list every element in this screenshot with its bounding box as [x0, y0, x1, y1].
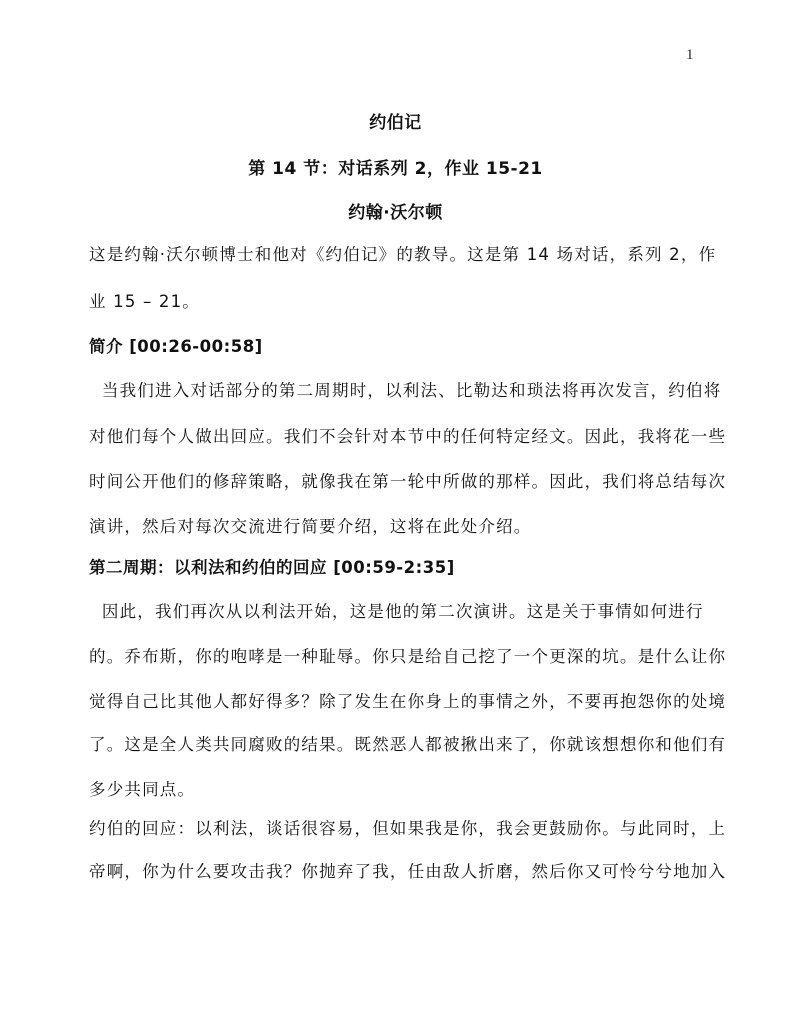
text-line: 演讲，然后对每次交流进行简要介绍，这将在此处介绍。 — [89, 513, 532, 537]
document-subtitle: 第 14 节：对话系列 2，作业 15-21 — [0, 154, 791, 179]
page-number: 1 — [686, 47, 694, 64]
text-line: 多少共同点。 — [89, 776, 195, 800]
text-line: 了。这是全人类共同腐败的结果。既然恶人都被揪出来了，你就该想想你和他们有 — [89, 731, 726, 755]
text-line: 当我们进入对话部分的第二周期时，以利法、比勒达和琐法将再次发言，约伯将 — [89, 377, 721, 401]
text-line: 这是约翰·沃尔顿博士和他对《约伯记》的教导。这是第 14 场对话，系列 2，作 — [89, 241, 716, 265]
section-heading: 第二周期：以利法和约伯的回应 [00:59-2:35] — [89, 554, 455, 578]
text-line: 约伯的回应：以利法，谈话很容易，但如果我是你，我会更鼓励你。与此同时，上 — [89, 815, 726, 839]
text-line: 帝啊，你为什么要攻击我？你抛弃了我，任由敌人折磨，然后你又可怜兮兮地加入 — [89, 858, 726, 882]
document-author: 约翰·沃尔顿 — [0, 198, 791, 223]
text-line: 业 15 – 21。 — [89, 288, 200, 312]
text-line: 因此，我们再次从以利法开始，这是他的第二次演讲。这是关于事情如何进行 — [89, 598, 704, 622]
text-line: 时间公开他们的修辞策略，就像我在第一轮中所做的那样。因此，我们将总结每次 — [89, 468, 726, 492]
section-heading: 简介 [00:26-00:58] — [89, 333, 263, 357]
document-title: 约伯记 — [0, 108, 791, 133]
text-line: 的。乔布斯，你的咆哮是一种耻辱。你只是给自己挖了一个更深的坑。是什么让你 — [89, 643, 726, 667]
text-line: 对他们每个人做出回应。我们不会针对本节中的任何特定经文。因此，我将花一些 — [89, 423, 726, 447]
text-line: 觉得自己比其他人都好得多？除了发生在你身上的事情之外，不要再抱怨你的处境 — [89, 688, 726, 712]
